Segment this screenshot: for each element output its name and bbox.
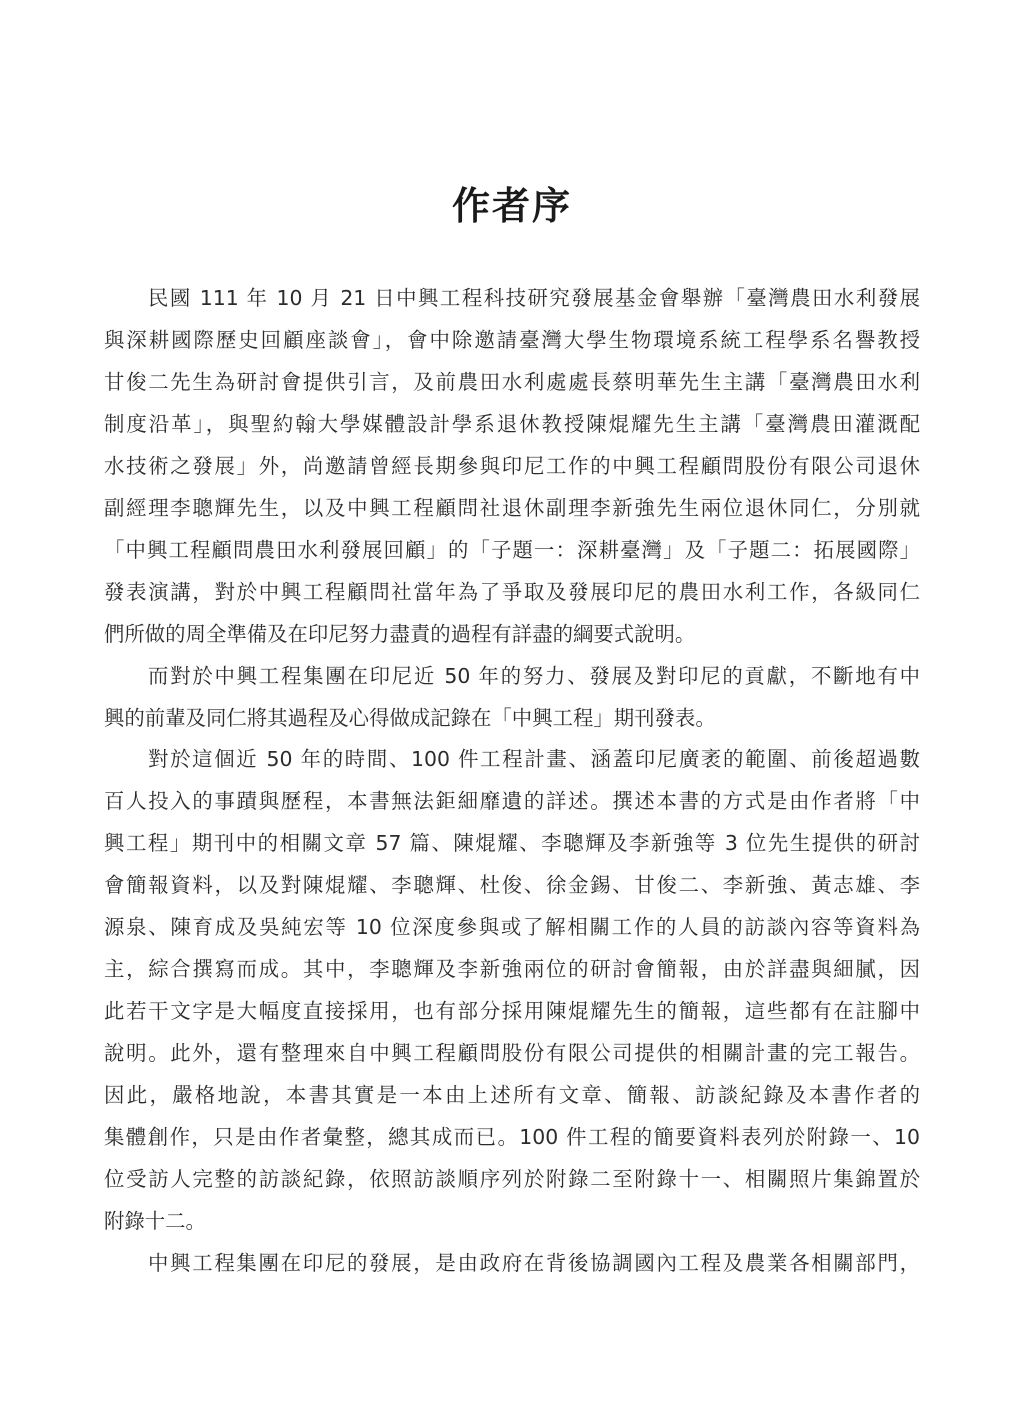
text-line: 「中興工程顧問農田水利發展回顧」的「子題一：深耕臺灣」及「子題二：拓展國際」 (104, 530, 920, 572)
text-line: 副經理李聰輝先生，以及中興工程顧問社退休副理李新強先生兩位退休同仁，分別就 (104, 488, 920, 530)
text-line: 對於這個近 50 年的時間、100 件工程計畫、涵蓋印尼廣袤的範圍、前後超過數 (104, 739, 920, 781)
text-line: 源泉、陳育成及吳純宏等 10 位深度參與或了解相關工作的人員的訪談內容等資料為 (104, 907, 920, 949)
paragraph-4: 中興工程集團在印尼的發展，是由政府在背後協調國內工程及農業各相關部門， (104, 1243, 920, 1285)
text-line: 而對於中興工程集團在印尼近 50 年的努力、發展及對印尼的貢獻，不斷地有中 (104, 656, 920, 698)
text-line: 中興工程集團在印尼的發展，是由政府在背後協調國內工程及農業各相關部門， (104, 1243, 920, 1285)
text-line: 主，綜合撰寫而成。其中，李聰輝及李新強兩位的研討會簡報，由於詳盡與細膩，因 (104, 949, 920, 991)
text-line: 會簡報資料，以及對陳焜耀、李聰輝、杜俊、徐金錫、甘俊二、李新強、黃志雄、李 (104, 865, 920, 907)
text-line: 興工程」期刊中的相關文章 57 篇、陳焜耀、李聰輝及李新強等 3 位先生提供的研… (104, 823, 920, 865)
text-line: 甘俊二先生為研討會提供引言，及前農田水利處處長蔡明華先生主講「臺灣農田水利 (104, 362, 920, 404)
paragraph-3: 對於這個近 50 年的時間、100 件工程計畫、涵蓋印尼廣袤的範圍、前後超過數 … (104, 739, 920, 1242)
paragraph-2: 而對於中興工程集團在印尼近 50 年的努力、發展及對印尼的貢獻，不斷地有中 興的… (104, 656, 920, 740)
text-line: 興的前輩及同仁將其過程及心得做成記錄在「中興工程」期刊發表。 (104, 698, 920, 740)
text-line: 位受訪人完整的訪談紀錄，依照訪談順序列於附錄二至附錄十一、相關照片集錦置於 (104, 1159, 920, 1201)
paragraph-1: 民國 111 年 10 月 21 日中興工程科技研究發展基金會舉辦「臺灣農田水利… (104, 278, 920, 656)
text-line: 集體創作，只是由作者彙整，總其成而已。100 件工程的簡要資料表列於附錄一、10 (104, 1117, 920, 1159)
text-line: 發表演講，對於中興工程顧問社當年為了爭取及發展印尼的農田水利工作，各級同仁 (104, 572, 920, 614)
page-title: 作者序 (104, 182, 920, 230)
text-line: 此若干文字是大幅度直接採用，也有部分採用陳焜耀先生的簡報，這些都有在註腳中 (104, 991, 920, 1033)
text-line: 們所做的周全準備及在印尼努力盡責的過程有詳盡的綱要式說明。 (104, 614, 920, 656)
text-line: 因此，嚴格地說，本書其實是一本由上述所有文章、簡報、訪談紀錄及本書作者的 (104, 1075, 920, 1117)
text-line: 附錄十二。 (104, 1201, 920, 1243)
text-line: 百人投入的事蹟與歷程，本書無法鉅細靡遺的詳述。撰述本書的方式是由作者將「中 (104, 781, 920, 823)
text-line: 水技術之發展」外，尚邀請曾經長期參與印尼工作的中興工程顧問股份有限公司退休 (104, 446, 920, 488)
text-line: 說明。此外，還有整理來自中興工程顧問股份有限公司提供的相關計畫的完工報告。 (104, 1033, 920, 1075)
text-line: 與深耕國際歷史回顧座談會」，會中除邀請臺灣大學生物環境系統工程學系名譽教授 (104, 320, 920, 362)
preface-body: 民國 111 年 10 月 21 日中興工程科技研究發展基金會舉辦「臺灣農田水利… (104, 278, 920, 1285)
text-line: 民國 111 年 10 月 21 日中興工程科技研究發展基金會舉辦「臺灣農田水利… (104, 278, 920, 320)
text-line: 制度沿革」，與聖約翰大學媒體設計學系退休教授陳焜耀先生主講「臺灣農田灌溉配 (104, 404, 920, 446)
